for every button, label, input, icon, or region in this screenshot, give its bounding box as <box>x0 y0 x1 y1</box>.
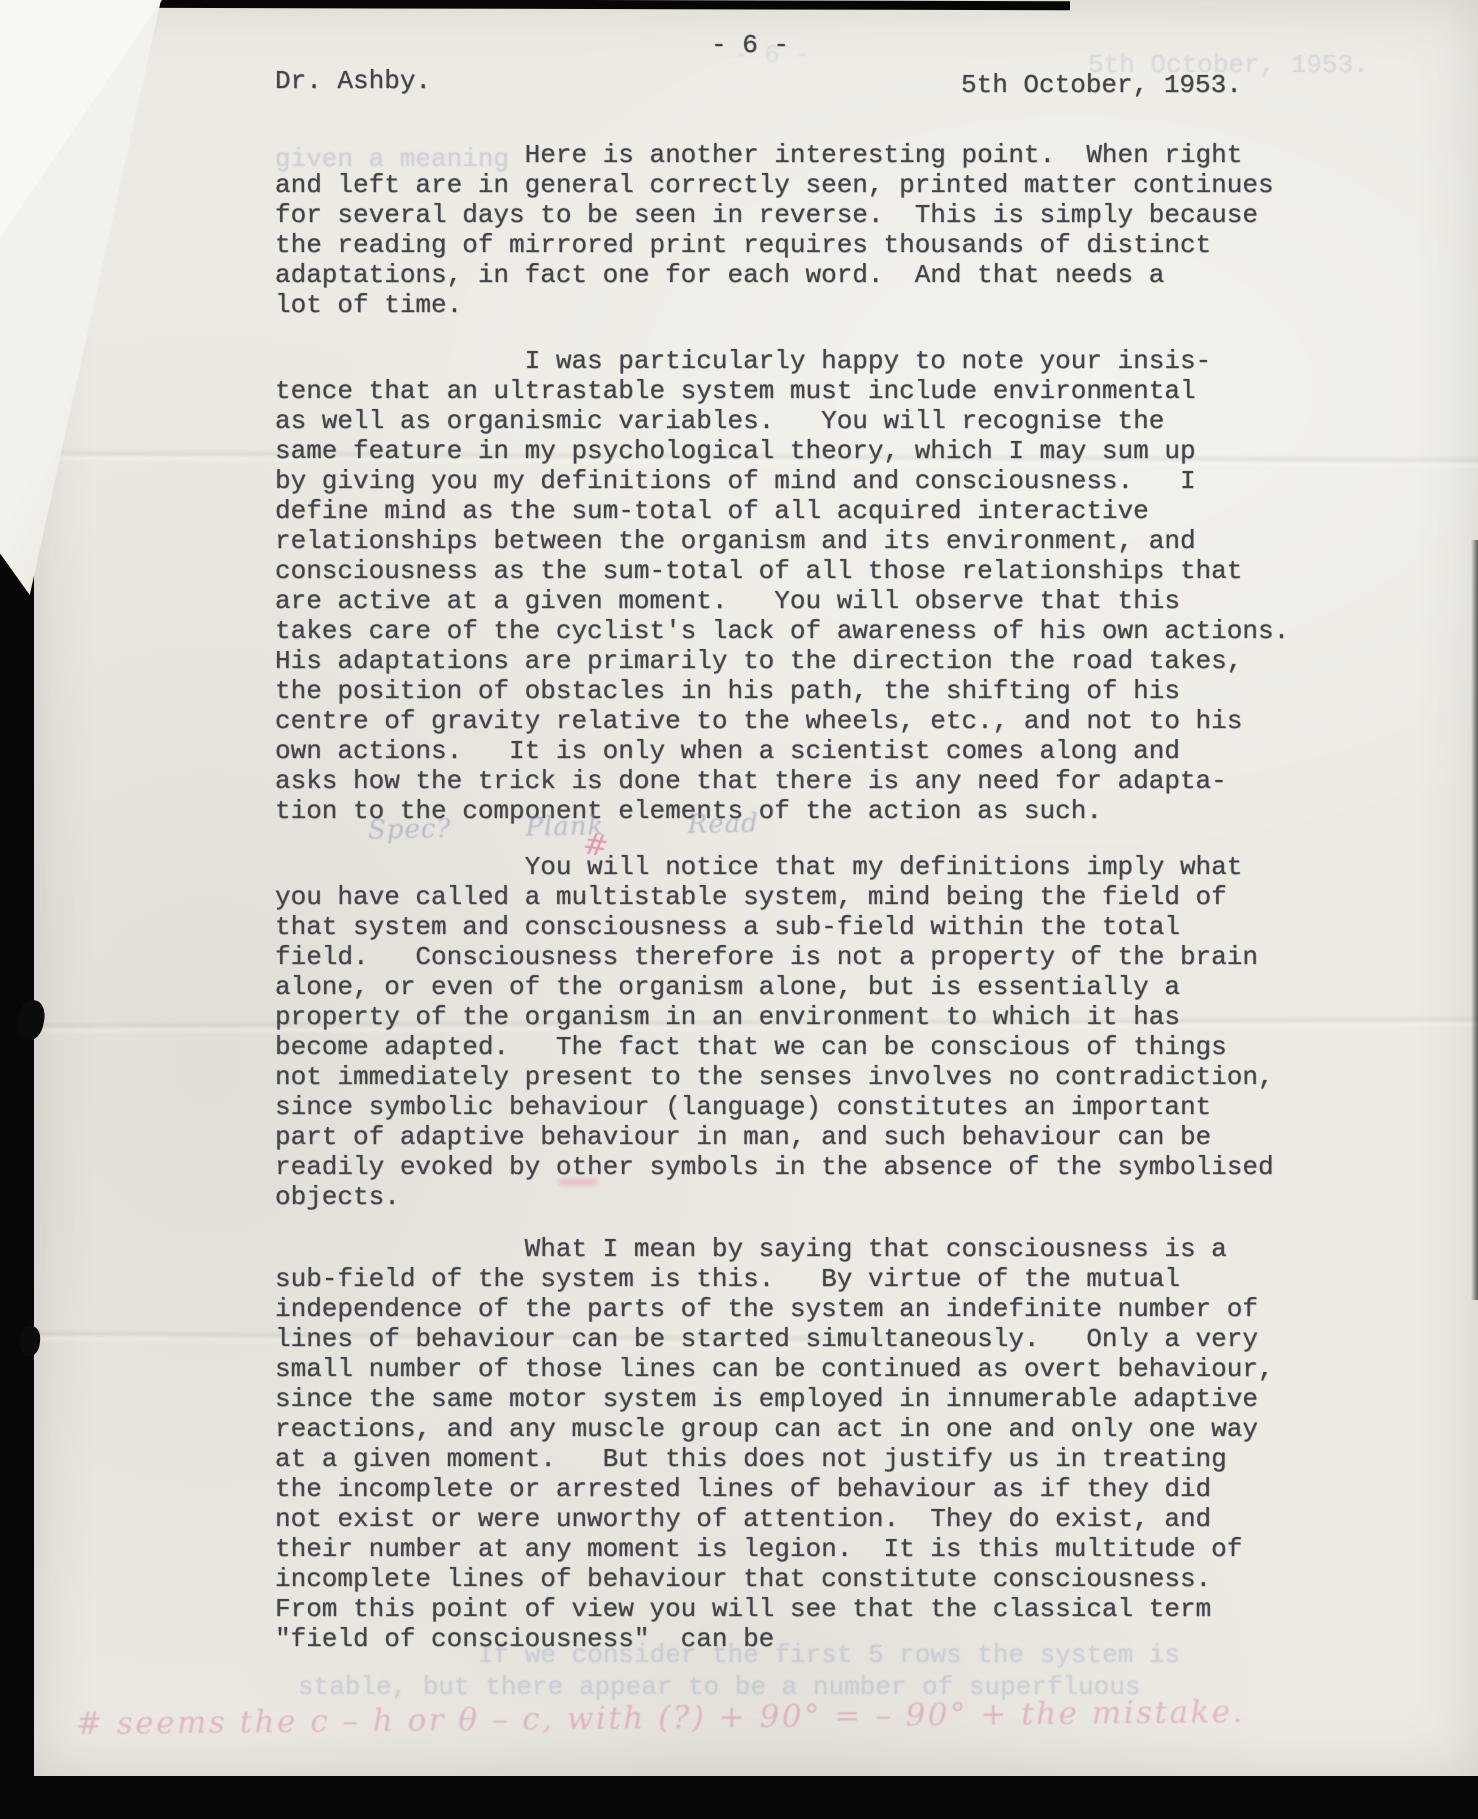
pink-hash-mark: # <box>581 826 611 864</box>
addressee: Dr. Ashby. <box>275 66 431 96</box>
scan-right-edge-shadow <box>1471 540 1478 1300</box>
paragraph-mirrored-print: Here is another interesting point. When … <box>275 140 1274 320</box>
pencil-annotation: Spec? Plank Read <box>368 809 759 846</box>
letter-page: 5th October, 1953. - 6 - given a meaning… <box>34 0 1478 1776</box>
page-number: - 6 - <box>711 30 789 60</box>
edge-tear <box>18 1325 41 1357</box>
date-line: 5th October, 1953. <box>961 70 1242 100</box>
edge-tear <box>15 998 48 1042</box>
paragraph-multistable-system: You will notice that my definitions impl… <box>275 852 1274 1212</box>
pink-smudge-mark <box>558 1178 598 1186</box>
pink-handwritten-note: # seems the c – h or θ – c, with (?) + 9… <box>76 1694 1245 1742</box>
paragraph-subfield: What I mean by saying that consciousness… <box>275 1234 1274 1654</box>
paragraph-ultrastable-system: I was particularly happy to note your in… <box>275 346 1289 826</box>
